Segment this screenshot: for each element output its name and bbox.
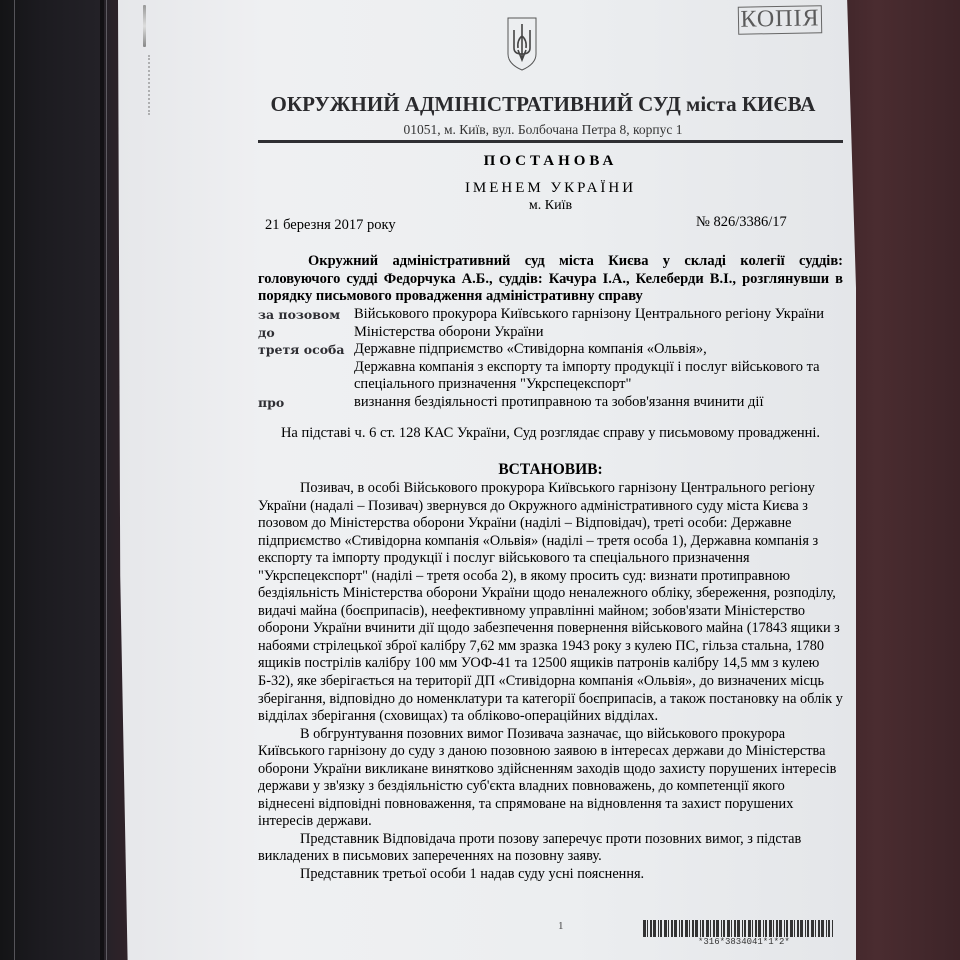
- party-value: Військового прокурора Київського гарнізо…: [354, 306, 858, 324]
- party-value: Міністерства оборони України: [354, 324, 858, 342]
- party-value: визнання бездіяльності протиправною та з…: [354, 394, 858, 412]
- folder-seam: [100, 0, 104, 960]
- in-the-name-of-ukraine: ІМЕНЕМ УКРАЇНИ: [258, 180, 843, 197]
- party-label: третя особа: [258, 341, 354, 359]
- court-composition-intro: Окружний адміністративний суд міста Києв…: [258, 253, 843, 306]
- party-row: третя особаДержавне підприємство «Стивід…: [258, 341, 858, 359]
- barcode-icon: [643, 920, 833, 937]
- ukraine-trident-icon: [506, 16, 538, 72]
- document-type: ПОСТАНОВА: [258, 153, 843, 170]
- barcode-text: *316*3834041*1*2*: [698, 937, 790, 947]
- court-address: 01051, м. Київ, вул. Болбочана Петра 8, …: [258, 122, 828, 138]
- staple-mark: [148, 55, 152, 115]
- party-label: до: [258, 324, 354, 342]
- party-value: Державна компанія з експорту та імпорту …: [354, 359, 858, 377]
- parties-list: за позовомВійськового прокурора Київсько…: [258, 306, 858, 412]
- party-row: за позовомВійськового прокурора Київсько…: [258, 306, 858, 324]
- intro-text: Окружний адміністративний суд міста Києв…: [258, 253, 843, 304]
- party-label: [258, 376, 354, 394]
- party-row: спеціального призначення "Укрспецекспорт…: [258, 376, 858, 394]
- paragraph: Представник третьої особи 1 надав суду у…: [258, 866, 843, 884]
- party-label: [258, 359, 354, 377]
- findings-paragraphs: Позивач, в особі Військового прокурора К…: [258, 480, 843, 884]
- court-name: ОКРУЖНИЙ АДМІНІСТРАТИВНИЙ СУД міста КИЄВ…: [258, 92, 828, 117]
- paragraph: Позивач, в особі Військового прокурора К…: [258, 480, 843, 726]
- document-date: 21 березня 2017 року: [265, 217, 396, 234]
- established-heading: ВСТАНОВИВ:: [258, 461, 843, 479]
- document-city: м. Київ: [258, 198, 843, 214]
- paragraph: Представник Відповідача проти позову зап…: [258, 831, 843, 866]
- copy-stamp: КОПІЯ: [738, 5, 822, 34]
- paragraph: В обгрунтування позовних вимог Позивача …: [258, 726, 843, 831]
- folder-stitch: [14, 0, 15, 960]
- folder-stitch: [106, 0, 107, 960]
- procedural-basis: На підставі ч. 6 ст. 128 КАС України, Су…: [258, 425, 843, 442]
- party-label: про: [258, 394, 354, 412]
- party-value: спеціального призначення "Укрспецекспорт…: [354, 376, 858, 394]
- header-divider: [258, 140, 843, 143]
- party-row: доМіністерства оборони України: [258, 324, 858, 342]
- staple-icon: [143, 5, 146, 47]
- page-number: 1: [558, 920, 564, 932]
- party-row: Державна компанія з експорту та імпорту …: [258, 359, 858, 377]
- party-label: за позовом: [258, 306, 354, 324]
- party-value: Державне підприємство «Стивідорна компан…: [354, 341, 858, 359]
- party-row: провизнання бездіяльності протиправною т…: [258, 394, 858, 412]
- case-number: № 826/3386/17: [696, 214, 787, 231]
